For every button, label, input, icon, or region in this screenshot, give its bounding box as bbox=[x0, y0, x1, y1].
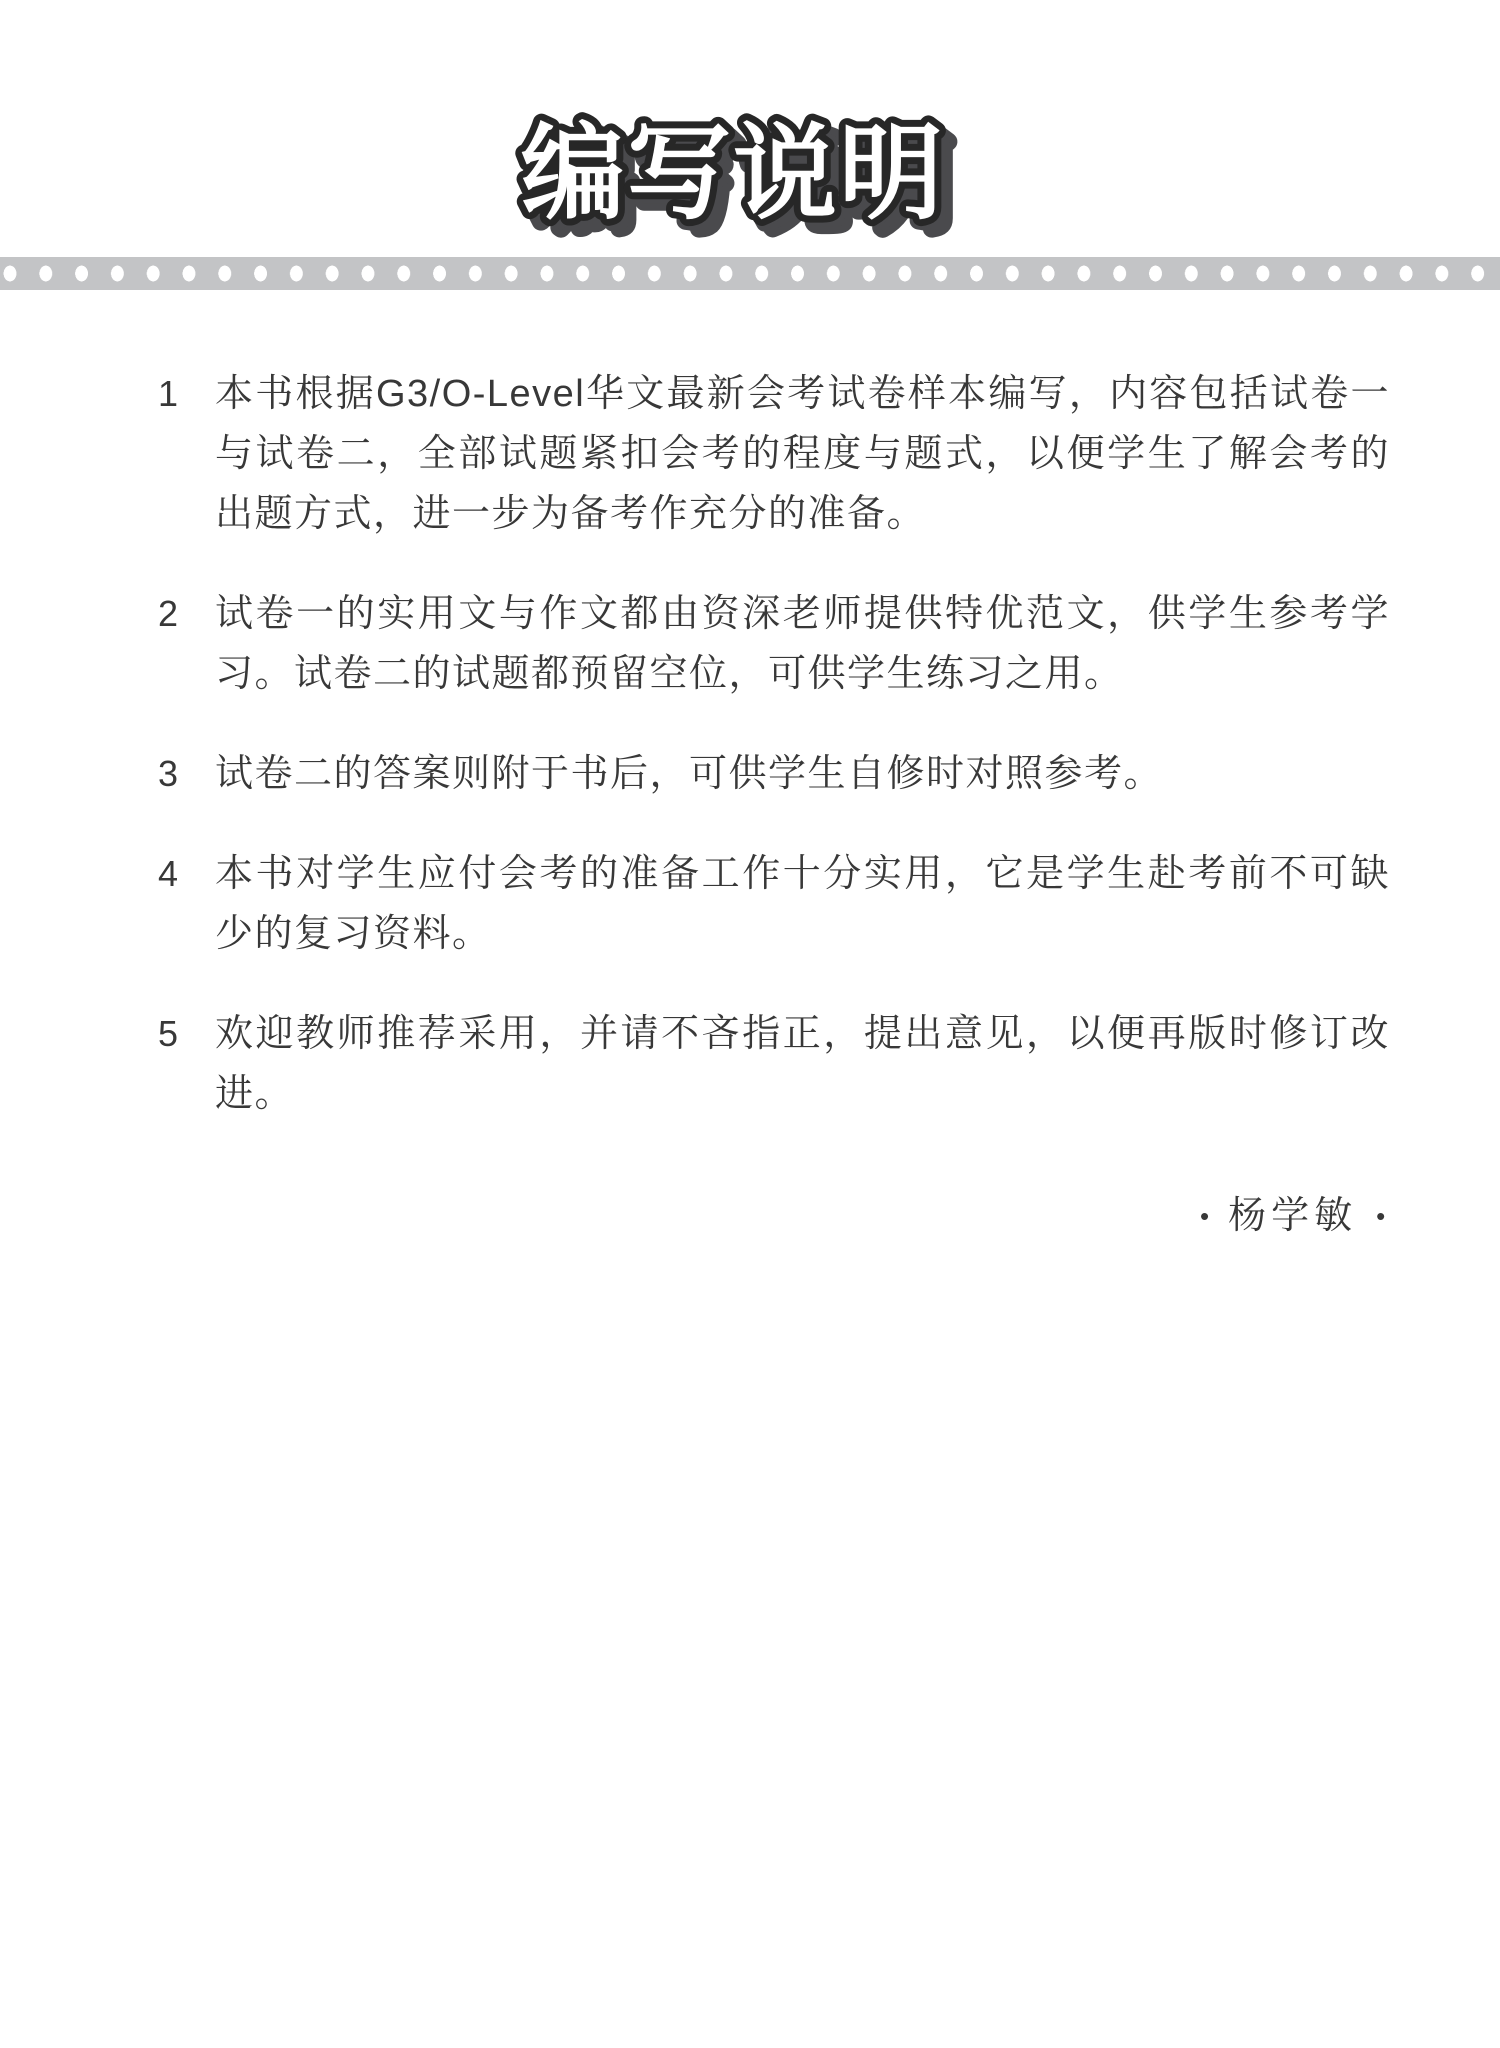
list-item: 3 试卷二的答案则附于书后，可供学生自修时对照参考。 bbox=[158, 744, 1390, 804]
editorial-notes-list: 1 本书根据G3/O-Level华文最新会考试卷样本编写，内容包括试卷一与试卷二… bbox=[158, 364, 1390, 1164]
item-text: 本书根据G3/O-Level华文最新会考试卷样本编写，内容包括试卷一与试卷二，全… bbox=[215, 364, 1390, 544]
item-number: 2 bbox=[158, 584, 215, 704]
author-name: 杨学敏 bbox=[1228, 1190, 1357, 1242]
bullet-icon: • bbox=[1200, 1190, 1209, 1242]
item-text: 试卷一的实用文与作文都由资深老师提供特优范文，供学生参考学习。试卷二的试题都预留… bbox=[215, 584, 1390, 704]
list-item: 5 欢迎教师推荐采用，并请不吝指正，提出意见，以便再版时修订改进。 bbox=[158, 1004, 1390, 1124]
list-item: 4 本书对学生应付会考的准备工作十分实用，它是学生赴考前不可缺少的复习资料。 bbox=[158, 844, 1390, 964]
list-item: 2 试卷一的实用文与作文都由资深老师提供特优范文，供学生参考学习。试卷二的试题都… bbox=[158, 584, 1390, 704]
item-number: 1 bbox=[158, 364, 215, 544]
item-text: 试卷二的答案则附于书后，可供学生自修时对照参考。 bbox=[215, 744, 1390, 804]
list-item: 1 本书根据G3/O-Level华文最新会考试卷样本编写，内容包括试卷一与试卷二… bbox=[158, 364, 1390, 544]
item-number: 5 bbox=[158, 1004, 215, 1124]
book-page: 编写说明 编写说明 1 本书根据G3/O-Level华文最新会考试卷样本编写，内… bbox=[0, 0, 1500, 2048]
bullet-icon: • bbox=[1376, 1190, 1385, 1242]
author-attribution: • 杨学敏 • bbox=[1200, 1190, 1385, 1242]
item-text: 欢迎教师推荐采用，并请不吝指正，提出意见，以便再版时修订改进。 bbox=[215, 1004, 1390, 1124]
item-text: 本书对学生应付会考的准备工作十分实用，它是学生赴考前不可缺少的复习资料。 bbox=[215, 844, 1390, 964]
item-number: 3 bbox=[158, 744, 215, 804]
decorative-dotted-band bbox=[0, 257, 1500, 290]
page-title: 编写说明 bbox=[521, 112, 945, 234]
page-title-art: 编写说明 编写说明 bbox=[0, 88, 1500, 268]
item-number: 4 bbox=[158, 844, 215, 964]
